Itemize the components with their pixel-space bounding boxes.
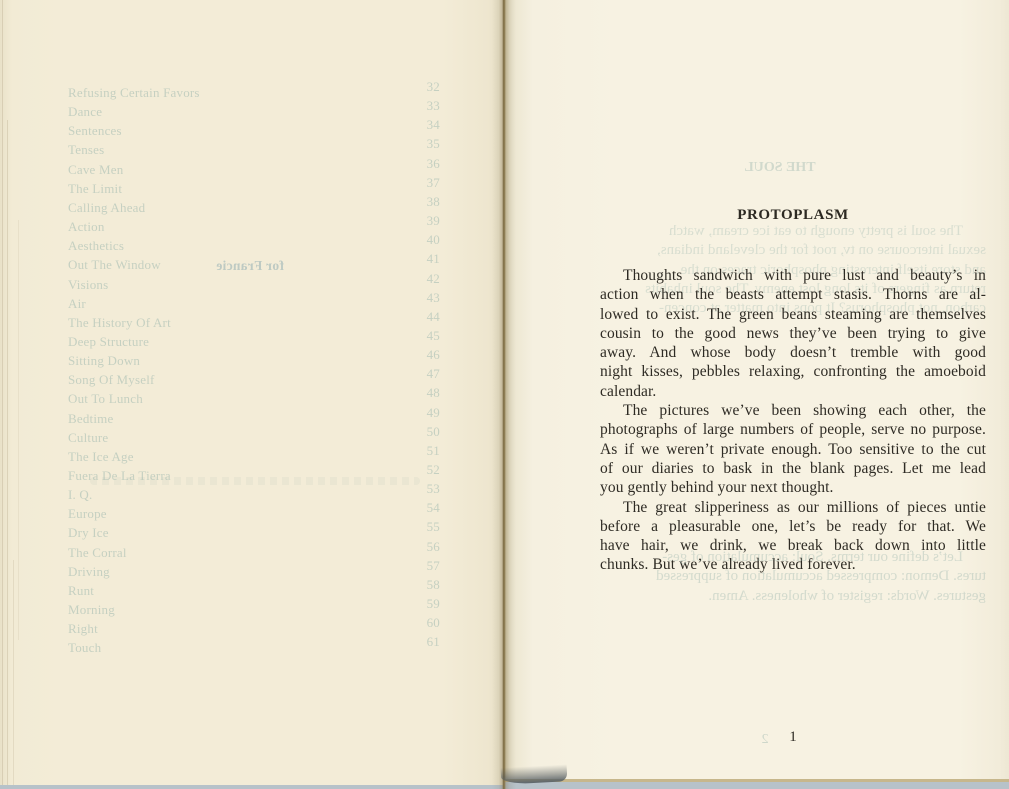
page-edge-line — [13, 560, 14, 785]
toc-row: The History Of Art44 — [68, 315, 440, 331]
dedication-bleedthrough: for Francie — [200, 258, 300, 274]
toc-title: Morning — [68, 602, 115, 618]
poem-line: lowed to exist. The green beans steaming… — [600, 305, 986, 324]
toc-row: Fuera De La Tierra52 — [68, 468, 440, 484]
toc-page-number: 52 — [427, 462, 440, 478]
toc-page-number: 32 — [427, 79, 440, 95]
bleedthrough-line: The soul is pretty enough to eat ice cre… — [600, 222, 986, 241]
toc-page-number: 37 — [427, 175, 440, 191]
toc-row: Dry Ice55 — [68, 525, 440, 541]
toc-row: Tenses35 — [68, 142, 440, 158]
poem-line: of our diaries to bask in the blank page… — [600, 459, 986, 478]
toc-page-number: 55 — [427, 519, 440, 535]
toc-row: Action39 — [68, 219, 440, 235]
toc-title: Tenses — [68, 142, 104, 158]
toc-row: Out To Lunch48 — [68, 391, 440, 407]
toc-row: Driving57 — [68, 564, 440, 580]
poem-line: night kisses, pebbles relaxing, confront… — [600, 362, 986, 381]
bleedthrough-line: gestures. Words: register of wholeness. … — [600, 587, 986, 606]
toc-page-number: 53 — [427, 481, 440, 497]
toc-page-number: 57 — [427, 558, 440, 574]
bleedthrough-heading: THE SOUL — [600, 160, 960, 176]
bleedthrough-line: sexual intercourse on tv, root for the c… — [600, 241, 986, 260]
toc-page-number: 60 — [427, 615, 440, 631]
toc-row: The Corral56 — [68, 545, 440, 561]
poem-line: The great slipperiness as our millions o… — [600, 498, 986, 517]
toc-row: Calling Ahead38 — [68, 200, 440, 216]
toc-row: Song Of Myself47 — [68, 372, 440, 388]
toc-title: Touch — [68, 640, 101, 656]
page-edge-line — [7, 120, 8, 785]
toc-page-number: 36 — [427, 156, 440, 172]
poem-line: cousin to the good news they’ve been try… — [600, 324, 986, 343]
toc-row: The Limit37 — [68, 181, 440, 197]
toc-title: Deep Structure — [68, 334, 149, 350]
bleedthrough-lower-lines: Let’s define our terms. Soul: accumulati… — [600, 548, 986, 606]
poem-body: Thoughts sandwich with pure lust and bea… — [600, 266, 986, 575]
toc-page-number: 33 — [427, 98, 440, 114]
toc-page-number: 38 — [427, 194, 440, 210]
poem-line: The pictures we’ve been showing each oth… — [600, 401, 986, 420]
left-page: Refusing Certain Favors32Dance33Sentence… — [0, 0, 503, 785]
toc-title: Driving — [68, 564, 110, 580]
toc-title: Bedtime — [68, 411, 113, 427]
toc-row: Runt58 — [68, 583, 440, 599]
toc-page-number: 48 — [427, 385, 440, 401]
toc-page-number: 50 — [427, 424, 440, 440]
toc-row: Air43 — [68, 296, 440, 312]
toc-row: Morning59 — [68, 602, 440, 618]
toc-row: Sentences34 — [68, 123, 440, 139]
toc-title: Culture — [68, 430, 108, 446]
toc-title: Song Of Myself — [68, 372, 155, 388]
toc-title: Dry Ice — [68, 525, 109, 541]
poem-line: As if we weren’t private enough. Too sen… — [600, 440, 986, 459]
toc-title: Aesthetics — [68, 238, 124, 254]
poem-line: Thoughts sandwich with pure lust and bea… — [600, 266, 986, 285]
poem-line: photographs of large numbers of people, … — [600, 420, 986, 439]
toc-row: Touch61 — [68, 640, 440, 656]
toc-title: Visions — [68, 277, 108, 293]
toc-page-number: 43 — [427, 290, 440, 306]
toc-title: The Corral — [68, 545, 127, 561]
toc-title: The Ice Age — [68, 449, 134, 465]
bleedthrough-line: Let’s define our terms. Soul: accumulati… — [600, 548, 986, 567]
toc-title: I. Q. — [68, 487, 92, 503]
toc-title: Calling Ahead — [68, 200, 145, 216]
poem-line: before a pleasurable one, let’s be ready… — [600, 517, 986, 536]
toc-row: Europe54 — [68, 506, 440, 522]
toc-row: Dance33 — [68, 104, 440, 120]
toc-page-number: 46 — [427, 347, 440, 363]
poem-line: away. And whose body doesn’t tremble wit… — [600, 343, 986, 362]
bleedthrough-line: tures. Demon: compressed accumulation of… — [600, 567, 986, 586]
toc-page-number: 61 — [427, 634, 440, 650]
toc-page-number: 45 — [427, 328, 440, 344]
toc-page-number: 42 — [427, 271, 440, 287]
toc-row: Deep Structure45 — [68, 334, 440, 350]
poem-line: calendar. — [600, 382, 986, 401]
toc-title: The History Of Art — [68, 315, 171, 331]
page-edge-line — [18, 220, 19, 640]
toc-page-number: 49 — [427, 405, 440, 421]
toc-row: Bedtime49 — [68, 411, 440, 427]
toc-page-number: 34 — [427, 117, 440, 133]
toc-page-number: 59 — [427, 596, 440, 612]
poem-line: you gently behind your next thought. — [600, 478, 986, 497]
page-number: 1 — [600, 729, 986, 746]
toc-title: The Limit — [68, 181, 122, 197]
poem-line: action when the beasts attempt stasis. T… — [600, 285, 986, 304]
toc-row: Sitting Down46 — [68, 353, 440, 369]
toc-row: Visions42 — [68, 277, 440, 293]
toc-title: Refusing Certain Favors — [68, 85, 200, 101]
toc-title: Action — [68, 219, 105, 235]
toc-page-number: 35 — [427, 136, 440, 152]
toc-page-number: 40 — [427, 232, 440, 248]
poem-title: PROTOPLASM — [600, 207, 986, 224]
toc-title: Out The Window — [68, 257, 161, 273]
toc-title: Air — [68, 296, 86, 312]
toc-page-number: 47 — [427, 366, 440, 382]
toc-page-number: 51 — [427, 443, 440, 459]
toc-row: The Ice Age51 — [68, 449, 440, 465]
toc-row: Cave Men36 — [68, 162, 440, 178]
toc-title: Cave Men — [68, 162, 123, 178]
toc-row: Right60 — [68, 621, 440, 637]
toc-title: Out To Lunch — [68, 391, 143, 407]
toc-title: Dance — [68, 104, 102, 120]
toc-row: Refusing Certain Favors32 — [68, 85, 440, 101]
toc-page-number: 56 — [427, 539, 440, 555]
toc-title: Fuera De La Tierra — [68, 468, 171, 484]
toc-page-number: 44 — [427, 309, 440, 325]
toc-row: Aesthetics40 — [68, 238, 440, 254]
toc-row: I. Q.53 — [68, 487, 440, 503]
toc-page-number: 39 — [427, 213, 440, 229]
toc-page-number: 54 — [427, 500, 440, 516]
toc-page-number: 41 — [427, 251, 440, 267]
toc-title: Sitting Down — [68, 353, 140, 369]
page-edge-line — [2, 0, 3, 785]
toc-title: Europe — [68, 506, 107, 522]
toc-title: Runt — [68, 583, 94, 599]
toc-title: Sentences — [68, 123, 122, 139]
toc-page-number: 58 — [427, 577, 440, 593]
toc-row: Culture50 — [68, 430, 440, 446]
toc-title: Right — [68, 621, 98, 637]
